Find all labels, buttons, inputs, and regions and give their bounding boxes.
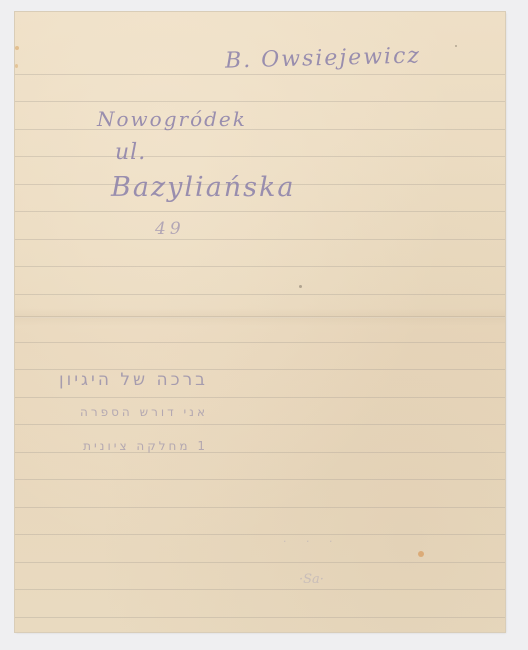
address-number: 49 <box>155 219 185 239</box>
ruled-line <box>15 266 505 267</box>
ruled-line <box>15 239 505 240</box>
hebrew-line-3: 1 מחלקה ציונית <box>73 439 208 453</box>
stain-spot <box>15 64 18 68</box>
stain-spot <box>418 551 424 557</box>
address-city: Nowogródek <box>97 107 247 131</box>
stain-spot <box>15 46 19 50</box>
ruled-line <box>15 294 505 295</box>
ruled-line <box>15 397 505 398</box>
ruled-line <box>15 534 505 535</box>
address-street-prefix: ul. <box>115 140 146 165</box>
ruled-line <box>15 101 505 102</box>
ruled-line <box>15 129 505 130</box>
faint-pencil-mark: ·Sa· <box>299 572 324 587</box>
ruled-line <box>15 74 505 75</box>
ruled-line <box>15 424 505 425</box>
scan-background: B. Owsiejewicz Nowogródek ul. Bazyliańsk… <box>0 0 528 650</box>
ruled-line <box>15 562 505 563</box>
stain-spot <box>455 45 457 47</box>
ruled-line <box>15 507 505 508</box>
ruled-line <box>15 156 505 157</box>
fold-crease <box>15 316 505 318</box>
address-street: Bazyliańska <box>111 172 296 203</box>
letter-page: B. Owsiejewicz Nowogródek ul. Bazyliańsk… <box>15 12 505 632</box>
ruled-line <box>15 617 505 618</box>
ruled-line <box>15 211 505 212</box>
ruled-line <box>15 479 505 480</box>
hebrew-line-1: ברכה של היגיון <box>73 370 208 390</box>
stain-spot <box>299 285 302 288</box>
hebrew-line-2: אני דורש הספרה <box>73 405 208 419</box>
faint-pencil-mark: · · · <box>283 535 340 548</box>
signature: B. Owsiejewicz <box>225 43 422 73</box>
ruled-line <box>15 342 505 343</box>
ruled-line <box>15 589 505 590</box>
